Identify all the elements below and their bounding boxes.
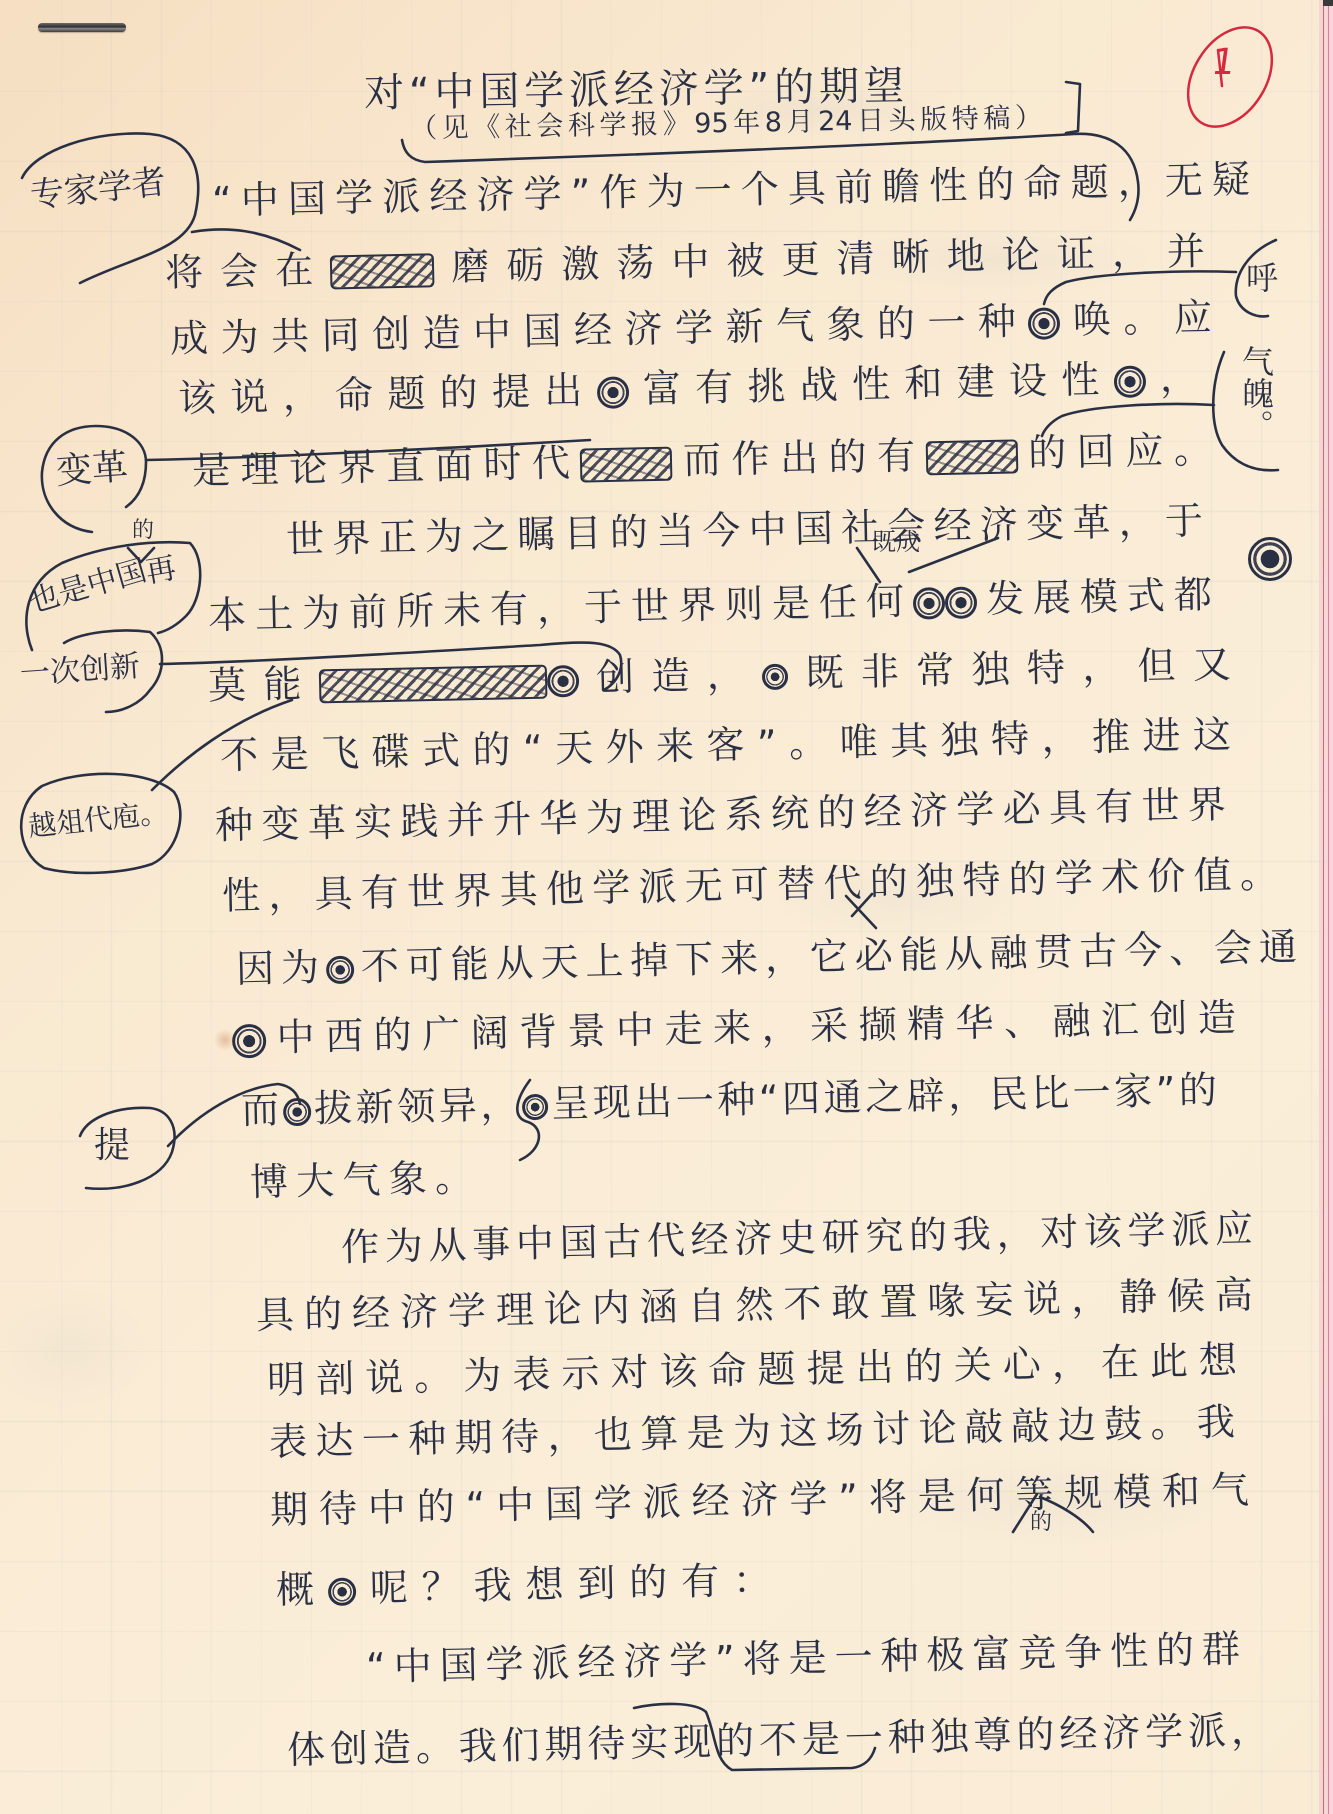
- text-line-17: 具的经济学理论内涵自然不敢置喙妄说，静候高: [256, 1267, 1254, 1344]
- margin-note-overstep: 越俎代庖。: [27, 799, 169, 841]
- insertion-established: 既成: [872, 530, 920, 554]
- text-line-11: 性，具有世界其他学派无可替代的独特的学术价值。: [222, 846, 1279, 924]
- margin-note-innovation-line2: 一次创新: [19, 652, 141, 690]
- crossed-out-mark: [326, 955, 355, 984]
- margin-note-call: 呼: [1246, 262, 1278, 294]
- text-line-14: 而拔新领异，呈现出一种“四通之辟，民比一家”的: [241, 1062, 1218, 1138]
- staple: [38, 23, 126, 32]
- margin-note-innovation-line1b: 再: [144, 554, 179, 589]
- margin-note-reform: 变革: [55, 450, 129, 491]
- crossed-out-mark: [1028, 307, 1061, 340]
- text-line-12: 因为不可能从天上掉下来，它必能从融贯古今、会通: [236, 919, 1298, 997]
- margin-note-vigor: 气魄。: [1240, 345, 1272, 441]
- text-line-19: 表达一种期待，也算是为这场讨论敲敲边鼓。我: [269, 1394, 1236, 1470]
- crossed-out-mark: [546, 664, 579, 697]
- page-number: 1: [1209, 42, 1238, 83]
- text-line-5: 是理论界直面时代而作出的有的回应。: [192, 421, 1213, 498]
- insertion-of: 的: [1030, 1512, 1052, 1534]
- text-line-22: “中国学派经济学”将是一种极富竞争性的群: [366, 1621, 1241, 1695]
- text-line-8: 莫能创造，既非常独特，但又: [208, 636, 1232, 713]
- crossed-out-mark: [913, 587, 946, 620]
- page-corner-shadow: [1323, 0, 1333, 6]
- crossed-out-mark: [762, 663, 789, 690]
- manuscript-page: 1 对“中国学派经济学”的期望 （见《社会科学报》95年8月24日头版特稿） “…: [0, 0, 1333, 1814]
- text-line-15: 博大气象。: [249, 1150, 473, 1211]
- crossed-out-mark: [232, 1023, 267, 1058]
- margin-note-innovation-line1: 也是中国: [26, 556, 150, 618]
- crossed-out-mark: [282, 1097, 311, 1126]
- crossed-out-text: [330, 253, 435, 289]
- margin-note-innovation-insert: 的: [132, 520, 154, 542]
- text-line-23: 体创造。我们期待实现的不是一种独尊的经济学派，: [287, 1702, 1270, 1779]
- text-line-13: 中西的广阔背景中走来，采撷精华、融汇创造: [232, 989, 1237, 1066]
- crossed-out-mark: [1113, 365, 1146, 398]
- crossed-out-mark: [945, 586, 978, 619]
- text-line-10: 种变革实践并升华为理论系统的经济学必具有世界: [215, 776, 1227, 853]
- text-line-1: “中国学派经济学”作为一个具前瞻性的命题，无疑: [212, 151, 1251, 229]
- page-edge: [1319, 0, 1333, 1814]
- crossed-out-mark: [328, 1577, 357, 1606]
- margin-note-raise: 提: [94, 1128, 130, 1164]
- crossed-out-mark: [522, 1093, 549, 1120]
- text-line-21: 概呢？我想到的有：: [275, 1552, 771, 1618]
- crossed-out-text: [319, 664, 548, 703]
- text-line-6: 世界正为之瞩目的当今中国社会经济变革，于: [286, 492, 1204, 567]
- crossed-out-mark: [596, 376, 629, 409]
- margin-note-experts: 专家学者: [29, 165, 168, 213]
- text-line-9: 不是飞碟式的“天外来客”。唯其独特，推进这: [220, 706, 1232, 783]
- text-line-7: 本土为前所未有，于世界则是任何发展模式都: [208, 566, 1213, 643]
- text-line-20: 期待中的“中国学派经济学”将是何等规模和气: [270, 1462, 1250, 1538]
- crossed-out-text: [925, 439, 1018, 475]
- text-line-16: 作为从事中国古代经济史研究的我，对该学派应: [341, 1200, 1254, 1275]
- text-line-2: 将会在磨砺激荡中被更清晰地论证，并: [165, 223, 1206, 301]
- crossed-out-mark: [1248, 537, 1292, 581]
- crossed-out-text: [580, 446, 673, 482]
